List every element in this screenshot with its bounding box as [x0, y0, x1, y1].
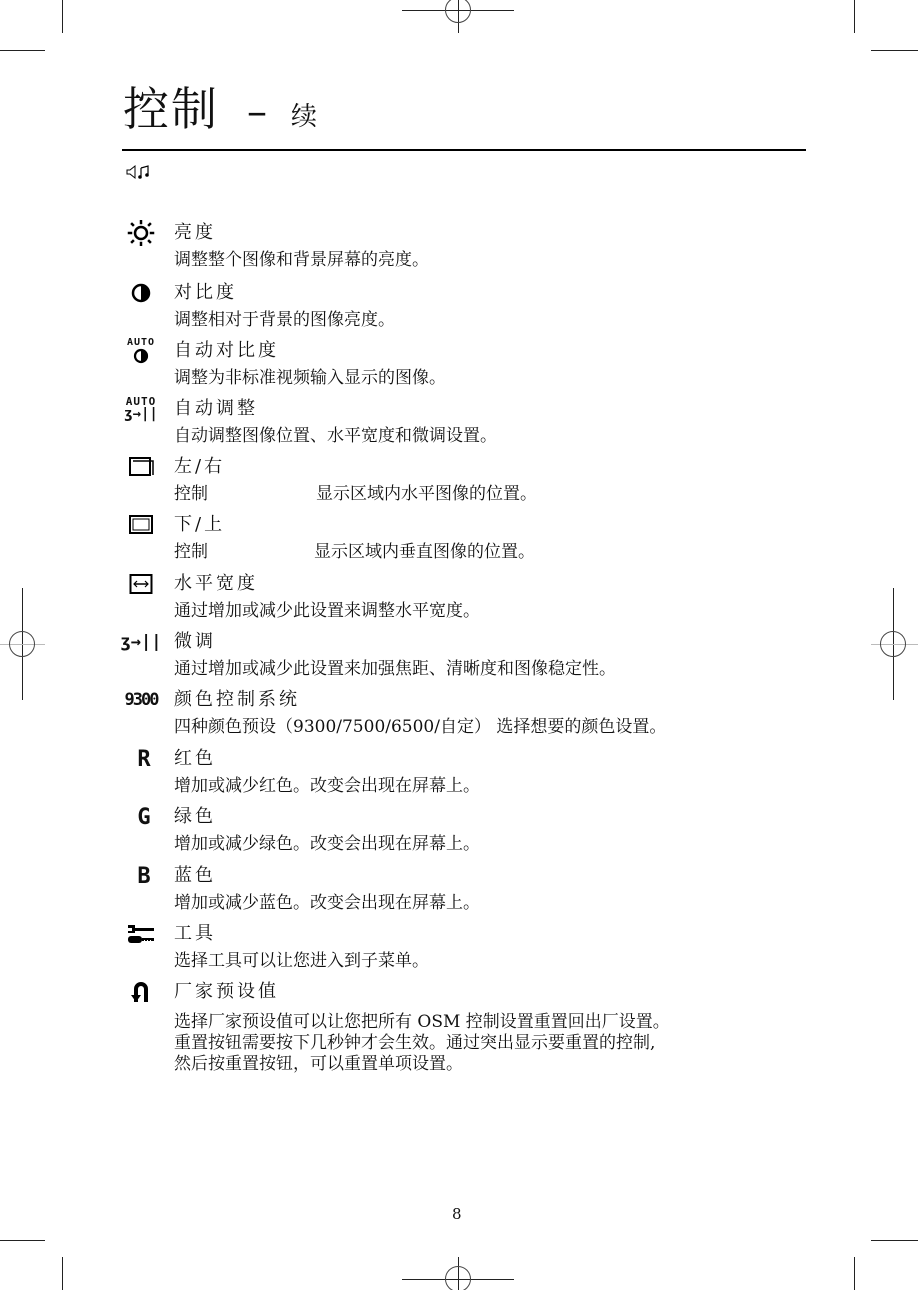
auto-contrast-icon: AUTO: [116, 338, 166, 364]
item-label: 下/上: [174, 512, 225, 538]
item-description: 调整相对于背景的图像亮度。: [174, 309, 395, 331]
factory-preset-icon: [116, 979, 166, 1005]
item-description: 增加或减少绿色。改变会出现在屏幕上。: [174, 833, 480, 855]
blue-icon: B: [116, 863, 166, 889]
item-description: 四种颜色预设（9300/7500/6500/自定） 选择想要的颜色设置。: [174, 716, 666, 738]
left-right-icon: [116, 454, 166, 480]
item-label: 红色: [174, 746, 216, 772]
item-label: 左/右: [174, 454, 225, 480]
contrast-icon: [116, 280, 166, 306]
item-description: 自动调整图像位置、水平宽度和微调设置。: [174, 425, 497, 447]
h-size-icon: [116, 571, 166, 597]
fine-icon: ʒ→||: [116, 629, 166, 655]
color-control-icon: 9300: [116, 687, 166, 713]
item-label: 亮度: [174, 220, 216, 246]
item-label: 对比度: [174, 280, 237, 306]
red-icon: R: [116, 746, 166, 772]
crop-mark-top-right-h: [871, 50, 918, 51]
crop-mark-top-left-v: [62, 0, 63, 33]
crop-mark-bottom-right-v: [854, 1257, 855, 1290]
item-description: 选择厂家预设值可以让您把所有 OSM 控制设置重置回出厂设置。 重置按钮需要按下…: [174, 1012, 670, 1075]
item-description: 通过增加或减少此设置来调整水平宽度。: [174, 600, 480, 622]
title-text: 控制: [123, 82, 219, 136]
page-title: 控制–续: [123, 86, 319, 132]
item-label: 绿色: [174, 804, 216, 830]
item-description: 通过增加或减少此设置来加强焦距、清晰度和图像稳定性。: [174, 658, 616, 680]
auto-adjust-icon: AUTO ʒ→||: [116, 396, 166, 422]
item-description: 增加或减少蓝色。改变会出现在屏幕上。: [174, 892, 480, 914]
crop-mark-top-right-v: [854, 0, 855, 33]
down-up-icon: [116, 512, 166, 538]
page-number: 8: [452, 1205, 462, 1223]
sound-icon: [126, 164, 152, 180]
title-rule: [122, 149, 806, 151]
crop-mark-bottom-left-v: [62, 1257, 63, 1290]
desc-prefix: 控制: [174, 542, 208, 562]
tools-icon: [116, 921, 166, 947]
item-label: 自动对比度: [174, 338, 279, 364]
brightness-icon: [116, 220, 166, 246]
green-icon: G: [116, 804, 166, 830]
item-label: 颜色控制系统: [174, 687, 300, 713]
item-label: 微调: [174, 629, 216, 655]
crop-mark-top-left-h: [0, 50, 45, 51]
item-description: 调整为非标准视频输入显示的图像。: [174, 367, 446, 389]
title-separator: –: [247, 89, 269, 135]
item-label: 厂家预设值: [174, 979, 279, 1005]
item-description: 调整整个图像和背景屏幕的亮度。: [174, 249, 429, 271]
item-label: 蓝色: [174, 863, 216, 889]
desc-prefix: 控制: [174, 484, 208, 504]
item-description: 控制显示区域内垂直图像的位置。: [174, 541, 535, 563]
item-description: 增加或减少红色。改变会出现在屏幕上。: [174, 775, 480, 797]
item-description: 控制显示区域内水平图像的位置。: [174, 483, 537, 505]
crop-mark-bottom-left-h: [0, 1240, 45, 1241]
crop-mark-bottom-right-h: [871, 1240, 918, 1241]
item-label: 工具: [174, 921, 216, 947]
item-description: 选择工具可以让您进入到子菜单。: [174, 950, 429, 972]
item-label: 自动调整: [174, 396, 258, 422]
item-label: 水平宽度: [174, 571, 258, 597]
title-subtitle: 续: [291, 102, 319, 132]
